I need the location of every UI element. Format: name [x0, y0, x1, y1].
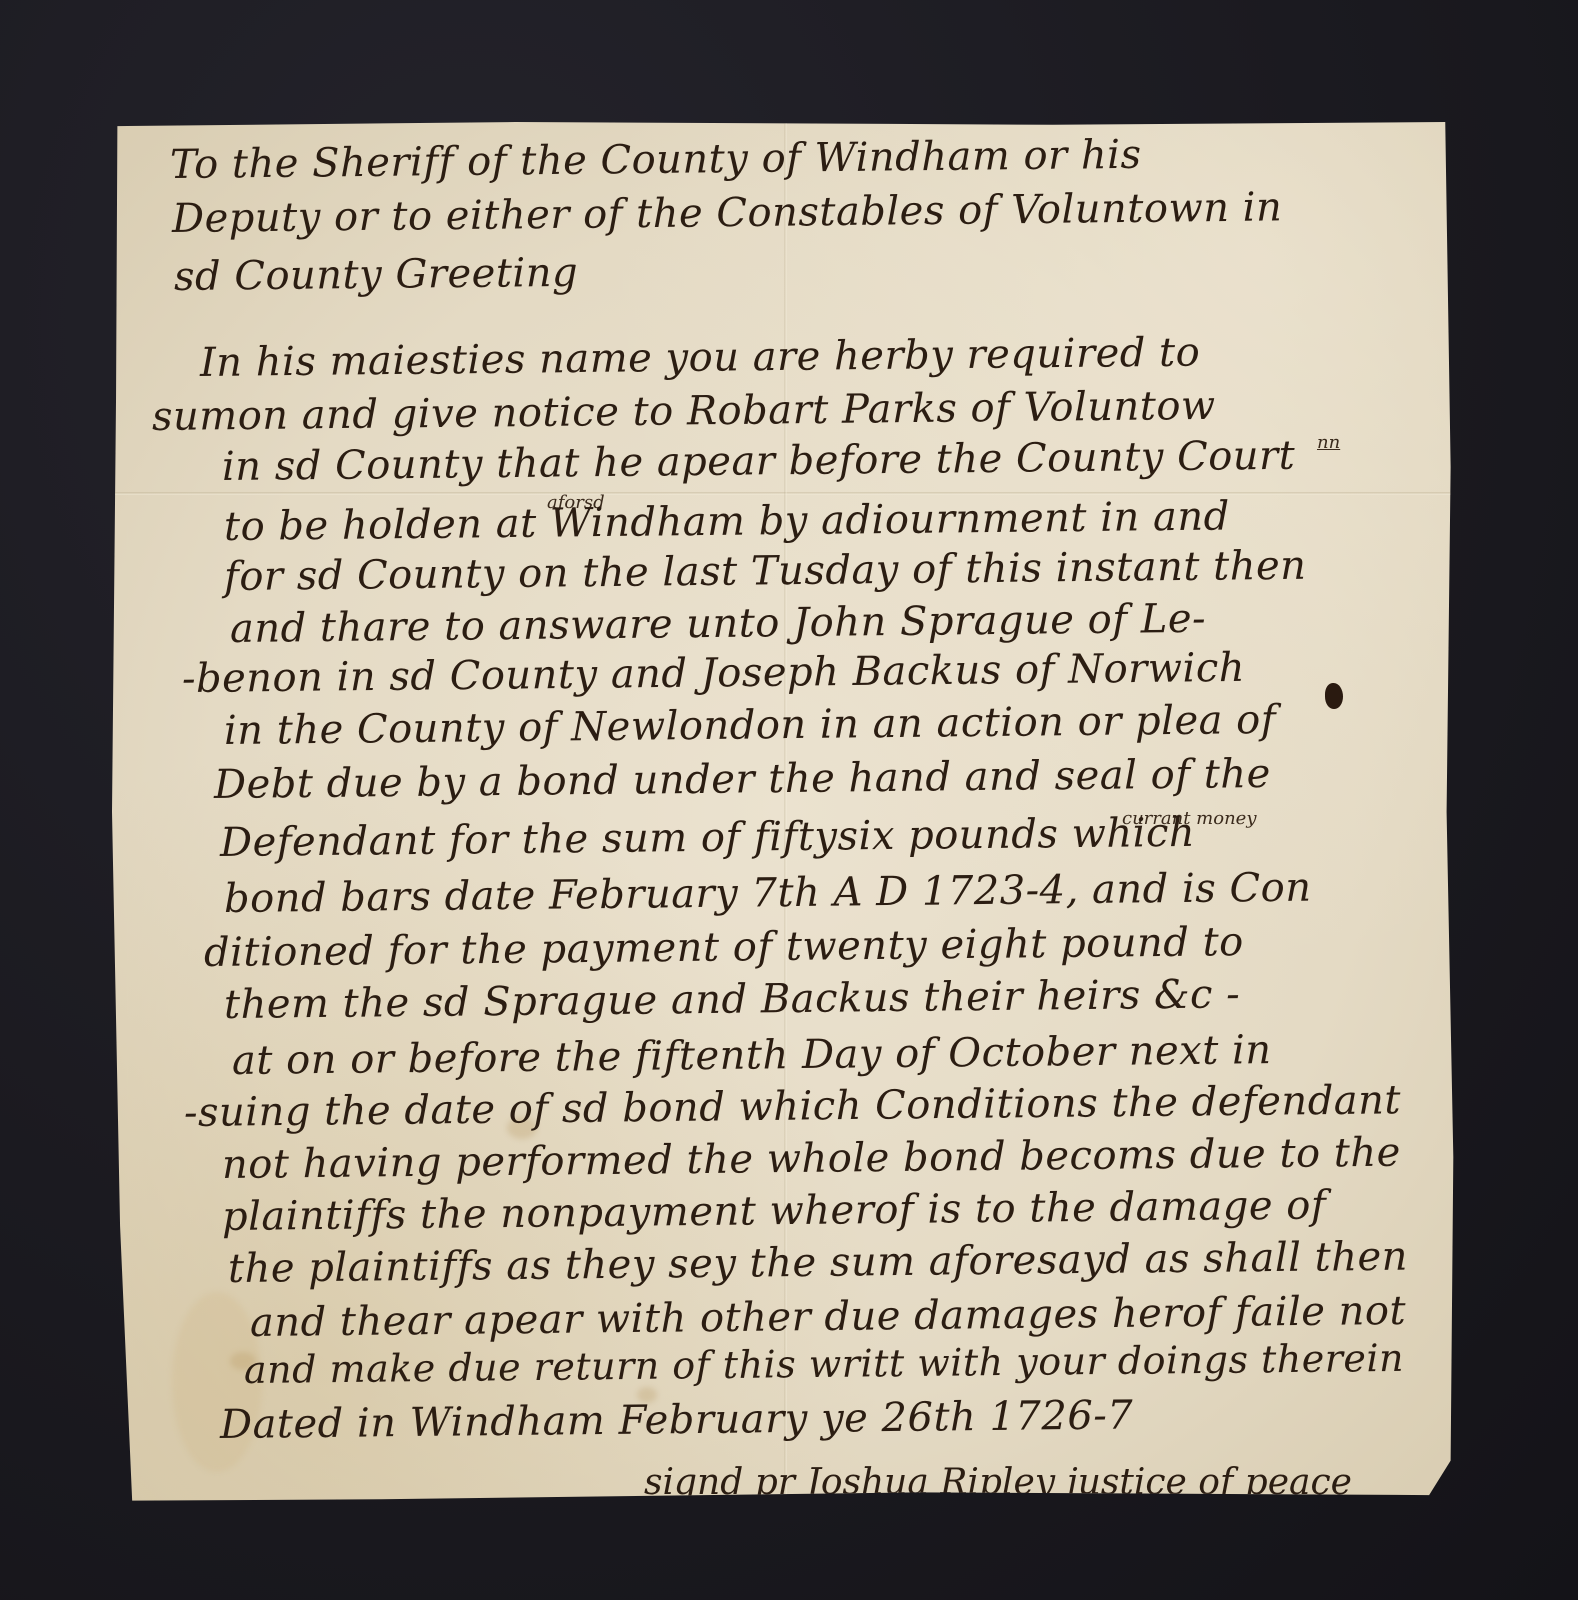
body-line-17: plaintiffs the nonpayment wherof is to t… [222, 1182, 1327, 1240]
salutation-line-1: To the Sheriff of the County of Windham … [170, 132, 1142, 188]
body-line-10: Defendant for the sum of fiftysix pounds… [220, 810, 1196, 866]
manuscript-page: To the Sheriff of the County of Windham … [112, 122, 1456, 1502]
body-line-2: sumon and give notice to Robart Parks of… [152, 383, 1216, 440]
body-line-9: Debt due by a bond under the hand and se… [214, 751, 1271, 808]
margin-insertion-nn: nn [1317, 432, 1340, 453]
body-line-4: to be holden at Windham by adiournment i… [224, 493, 1230, 550]
body-line-12: ditioned for the payment of twenty eight… [204, 919, 1244, 976]
body-line-20: and make due return of this writt with y… [244, 1336, 1404, 1392]
body-line-16: not having performed the whole bond beco… [222, 1130, 1401, 1188]
ink-blot [1325, 683, 1343, 709]
body-line-8: in the County of Newlondon in an action … [224, 697, 1277, 754]
body-line-13: them the sd Sprague and Backus their hei… [224, 971, 1241, 1028]
body-line-5: for sd County on the last Tusday of this… [224, 543, 1307, 600]
salutation-line-2: Deputy or to either of the Constables of… [172, 184, 1283, 242]
body-line-11: bond bars date February 7th A D 1723-4, … [224, 865, 1312, 922]
body-line-3: in sd County that he apear before the Co… [222, 433, 1296, 490]
body-line-14: at on or before the fiftenth Day of Octo… [232, 1027, 1272, 1084]
body-line-18: the plaintiffs as they sey the sum afore… [228, 1234, 1408, 1292]
salutation-line-3: sd County Greeting [174, 250, 579, 300]
body-line-1: In his maiesties name you are herby requ… [200, 330, 1201, 386]
body-line-7: -benon in sd County and Joseph Backus of… [182, 645, 1245, 702]
body-line-6: and thare to answare unto John Sprague o… [230, 596, 1206, 652]
body-line-15: -suing the date of sd bond which Conditi… [184, 1077, 1401, 1136]
body-line-21: Dated in Windham February ye 26th 1726-7 [220, 1392, 1134, 1448]
